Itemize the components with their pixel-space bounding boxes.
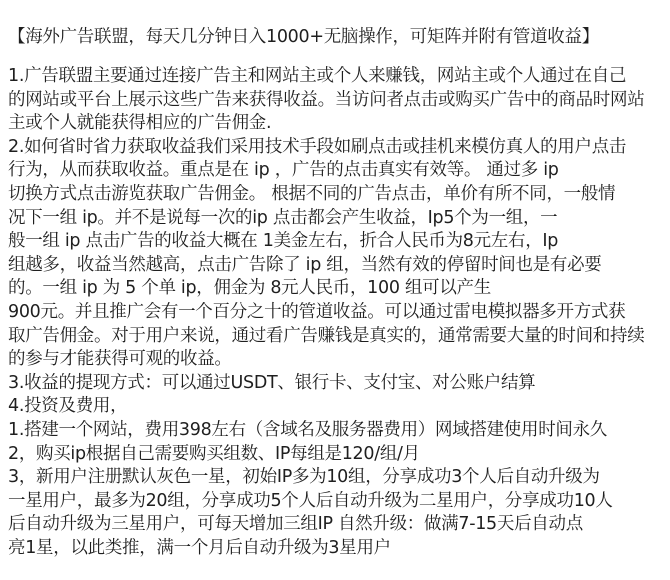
text-line: 4.投资及费用， [8, 395, 663, 419]
text-line: 一星用户，最多为20组，分享成功5个人后自动升级为二星用户，分享成功10人 [8, 490, 663, 514]
text-line: 后自动升级为三星用户，可每天增加三组IP 自然升级：做满7-15天后自动点 [8, 513, 663, 537]
text-line: 切换方式点击游览获取广告佣金。 根据不同的广告点击，单价有所不同，一般情 [8, 183, 663, 207]
text-line: 行为，从而获取收益。重点是在 ip ，广告的点击真实有效等。 通过多 ip [8, 159, 663, 183]
text-line: 的参与才能获得可观的收益。 [8, 348, 663, 372]
text-line: 般一组 ip 点击广告的收益大概在 1美金左右，折合人民币为8元左右，Ip [8, 230, 663, 254]
text-line: 3.收益的提现方式：可以通过USDT、银行卡、支付宝、对公账户结算 [8, 372, 663, 396]
text-line: 组越多，收益当然越高，点击广告除了 ip 组，当然有效的停留时间也是有必要 [8, 254, 663, 278]
text-line: 取广告佣金。对于用户来说，通过看广告赚钱是真实的，通常需要大量的时间和持续 [8, 325, 663, 349]
text-line: 1.搭建一个网站，费用398左右（含域名及服务器费用）网域搭建使用时间永久 [8, 419, 663, 443]
text-line: 2.如何省时省力获取收益我们采用技术手段如刷点击或挂机来模仿真人的用户点击 [8, 136, 663, 160]
text-line: 3，新用户注册默认灰色一星，初始IP多为10组，分享成功3个人后自动升级为 [8, 466, 663, 490]
text-line: 主或个人就能获得相应的广告佣金. [8, 112, 663, 136]
document-body: 【海外广告联盟，每天几分钟日入1000+无脑操作，可矩阵并附有管道收益】 1.广… [8, 26, 663, 560]
text-line: 2，购买ip根据自己需要购买组数、IP每组是120/组/月 [8, 443, 663, 467]
text-line: 况下一组 ip。并不是说每一次的ip 点击都会产生收益，Ip5个为一组，一 [8, 207, 663, 231]
text-line: 900元。并且推广会有一个百分之十的管道收益。可以通过雷电模拟器多开方式获 [8, 301, 663, 325]
text-line: 1.广告联盟主要通过连接广告主和网站主或个人来赚钱，网站主或个人通过在自己 [8, 65, 663, 89]
text-line: 亮1星，以此类推，满一个月后自动升级为3星用户 [8, 537, 663, 561]
text-line: 的网站或平台上展示这些广告来获得收益。当访问者点击或购买广告中的商品时网站 [8, 89, 663, 113]
text-line: 的。一组 ip 为 5 个单 ip，佣金为 8元人民币，100 组可以产生 [8, 277, 663, 301]
document-title: 【海外广告联盟，每天几分钟日入1000+无脑操作，可矩阵并附有管道收益】 [8, 26, 663, 48]
